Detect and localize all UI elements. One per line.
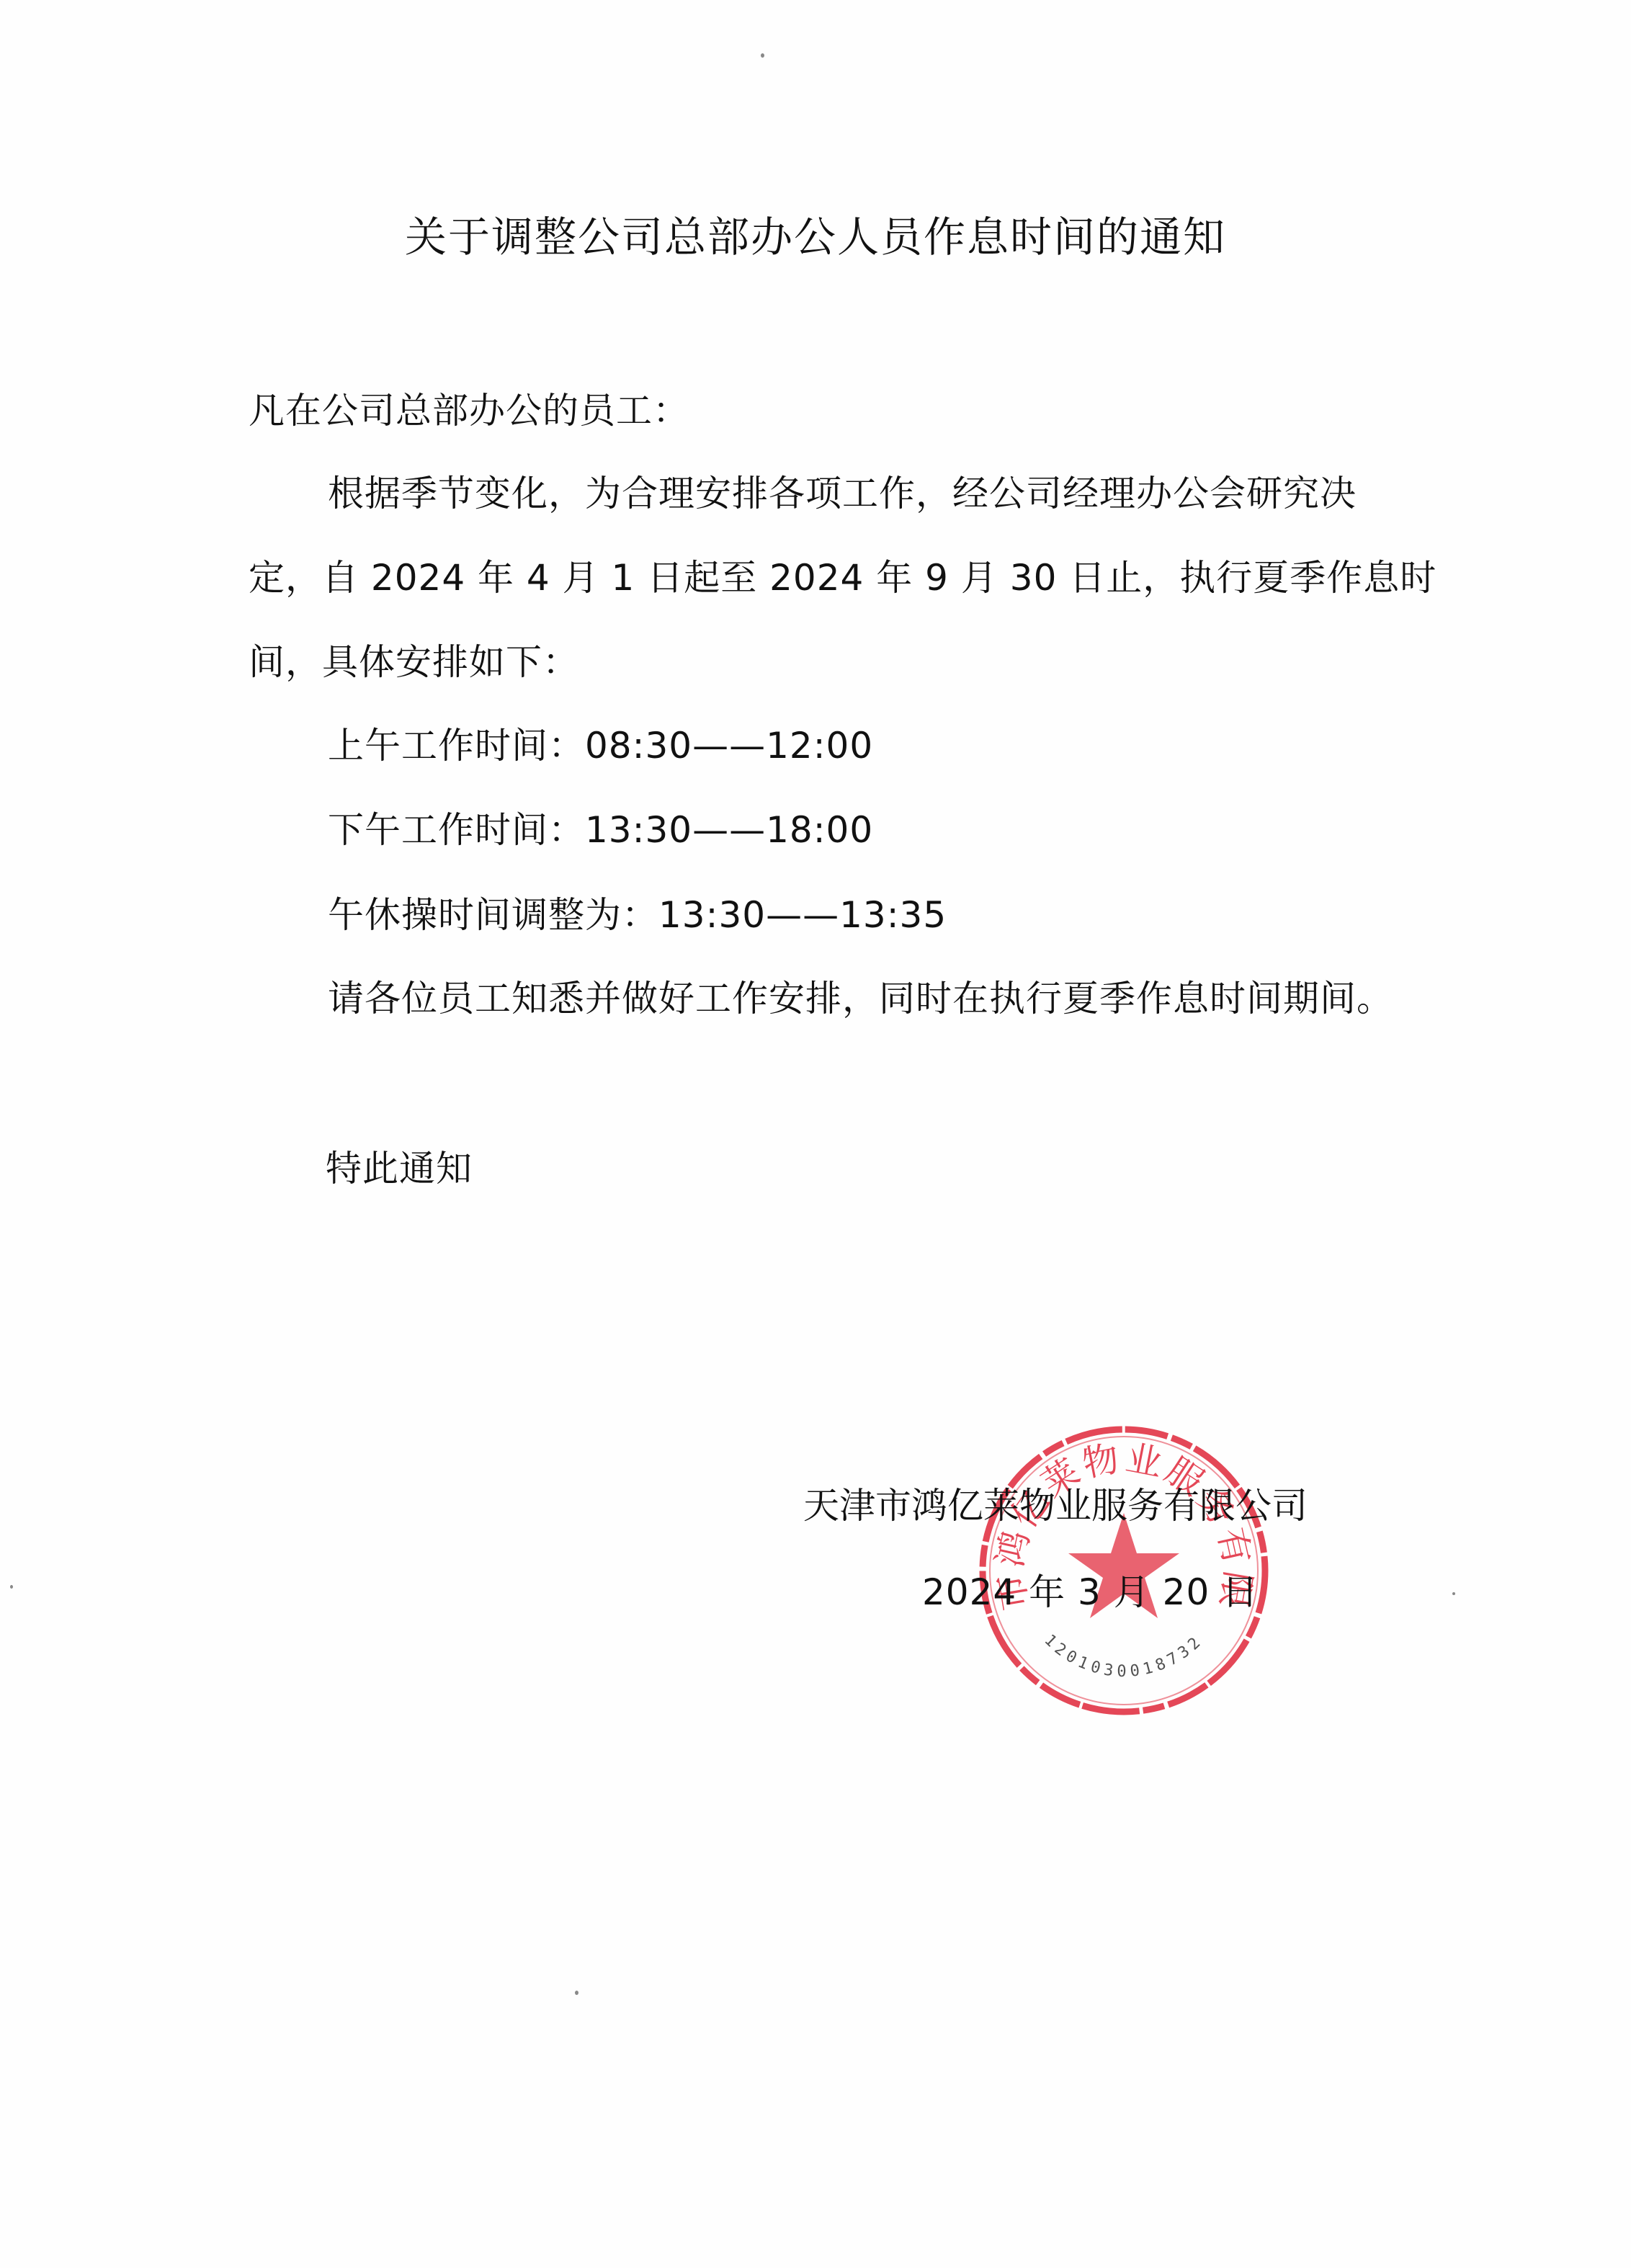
document-title: 关于调整公司总部办公人员作息时间的通知 (0, 212, 1631, 262)
body-line-1: 根据季节变化，为合理安排各项工作，经公司经理办公会研究决 (328, 472, 1357, 515)
salutation: 凡在公司总部办公的员工： (249, 389, 689, 432)
sign-off: 特此通知 (326, 1147, 473, 1190)
body-line-3: 间，具体安排如下： (249, 640, 579, 684)
schedule-exercise: 午休操时间调整为：13:30——13:35 (328, 893, 947, 937)
scan-speck (761, 53, 764, 58)
schedule-morning-time: 08:30——12:00 (585, 725, 873, 767)
schedule-exercise-time: 13:30——13:35 (658, 894, 947, 936)
schedule-afternoon-time: 13:30——18:00 (585, 809, 873, 851)
scan-speck (1452, 1592, 1455, 1595)
issue-date: 2024 年 3 月 20 日 (922, 1571, 1259, 1614)
schedule-morning-label: 上午工作时间： (328, 725, 585, 767)
schedule-exercise-label: 午休操时间调整为： (328, 894, 658, 936)
scan-speck (10, 1585, 13, 1589)
body-line-2: 定，自 2024 年 4 月 1 日起至 2024 年 9 月 30 日止，执行… (249, 556, 1436, 599)
schedule-afternoon-label: 下午工作时间： (328, 809, 585, 851)
issuer-name: 天津市鸿亿莱物业服务有限公司 (803, 1484, 1308, 1527)
scan-speck (575, 1991, 578, 1995)
closing-request: 请各位员工知悉并做好工作安排，同时在执行夏季作息时间期间。 (328, 977, 1393, 1020)
svg-text:1201030018732: 1201030018732 (1040, 1631, 1207, 1681)
schedule-morning: 上午工作时间：08:30——12:00 (328, 724, 873, 767)
schedule-afternoon: 下午工作时间：13:30——18:00 (328, 808, 873, 852)
scanned-page: 关于调整公司总部办公人员作息时间的通知 凡在公司总部办公的员工： 根据季节变化，… (0, 0, 1631, 2268)
